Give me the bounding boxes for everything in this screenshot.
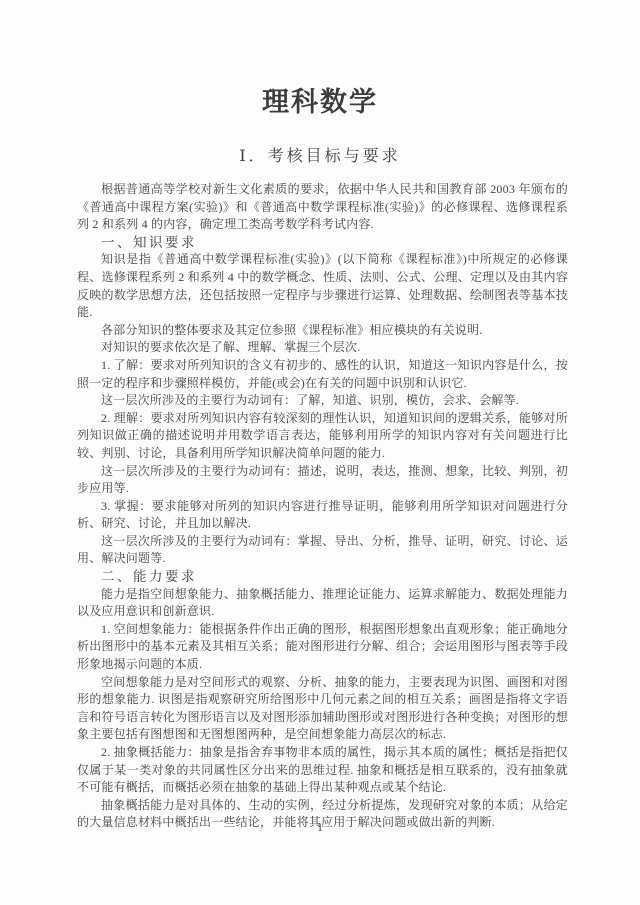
section-heading: Ⅰ．考核目标与要求 <box>0 143 640 166</box>
document-body: 根据普通高等学校对新生文化素质的要求，依据中华人民共和国教育部 2003 年颁布… <box>77 181 568 832</box>
section-subheading: 一、知识要求 <box>77 234 568 252</box>
body-paragraph: 各部分知识的整体要求及其定位参照《课程标准》相应模块的有关说明. <box>77 322 568 340</box>
body-paragraph: 2. 理解：要求对所列知识内容有较深刻的理性认识，知道知识间的逻辑关系，能够对所… <box>77 410 568 463</box>
body-paragraph: 空间想象能力是对空间形式的观察、分析、抽象的能力，主要表现为识图、画图和对图形的… <box>77 674 568 744</box>
body-paragraph: 1. 了解：要求对所列知识的含义有初步的、感性的认识，知道这一知识内容是什么，按… <box>77 357 568 392</box>
document-title: 理科数学 <box>0 80 640 119</box>
body-paragraph: 对知识的要求依次是了解、理解、掌握三个层次. <box>77 339 568 357</box>
body-paragraph: 知识是指《普通高中数学课程标准(实验)》(以下简称《课程标准》)中所规定的必修课… <box>77 251 568 321</box>
body-paragraph: 这一层次所涉及的主要行为动词有：描述，说明，表达，推测、想象，比较、判别，初步应… <box>77 463 568 498</box>
body-paragraph: 2. 抽象概括能力：抽象是指舍弃事物非本质的属性，揭示其本质的属性；概括是指把仅… <box>77 744 568 797</box>
body-paragraph: 这一层次所涉及的主要行为动词有：掌握、导出、分析，推导、证明，研究、讨论、运用、… <box>77 533 568 568</box>
body-paragraph: 能力是指空间想象能力、抽象概括能力、推理论证能力、运算求解能力、数据处理能力以及… <box>77 586 568 621</box>
document-page: 理科数学 Ⅰ．考核目标与要求 根据普通高等学校对新生文化素质的要求，依据中华人民… <box>0 0 640 905</box>
page-number: 1 <box>0 820 640 835</box>
body-paragraph: 1. 空间想象能力：能根据条件作出正确的图形，根据图形想象出直观形象；能正确地分… <box>77 621 568 674</box>
section-subheading: 二、能力要求 <box>77 568 568 586</box>
body-paragraph: 这一层次所涉及的主要行为动词有：了解，知道、识别，模仿，会求、会解等. <box>77 392 568 410</box>
body-paragraph: 根据普通高等学校对新生文化素质的要求，依据中华人民共和国教育部 2003 年颁布… <box>77 181 568 234</box>
body-paragraph: 3. 掌握：要求能够对所列的知识内容进行推导证明，能够利用所学知识对问题进行分析… <box>77 498 568 533</box>
